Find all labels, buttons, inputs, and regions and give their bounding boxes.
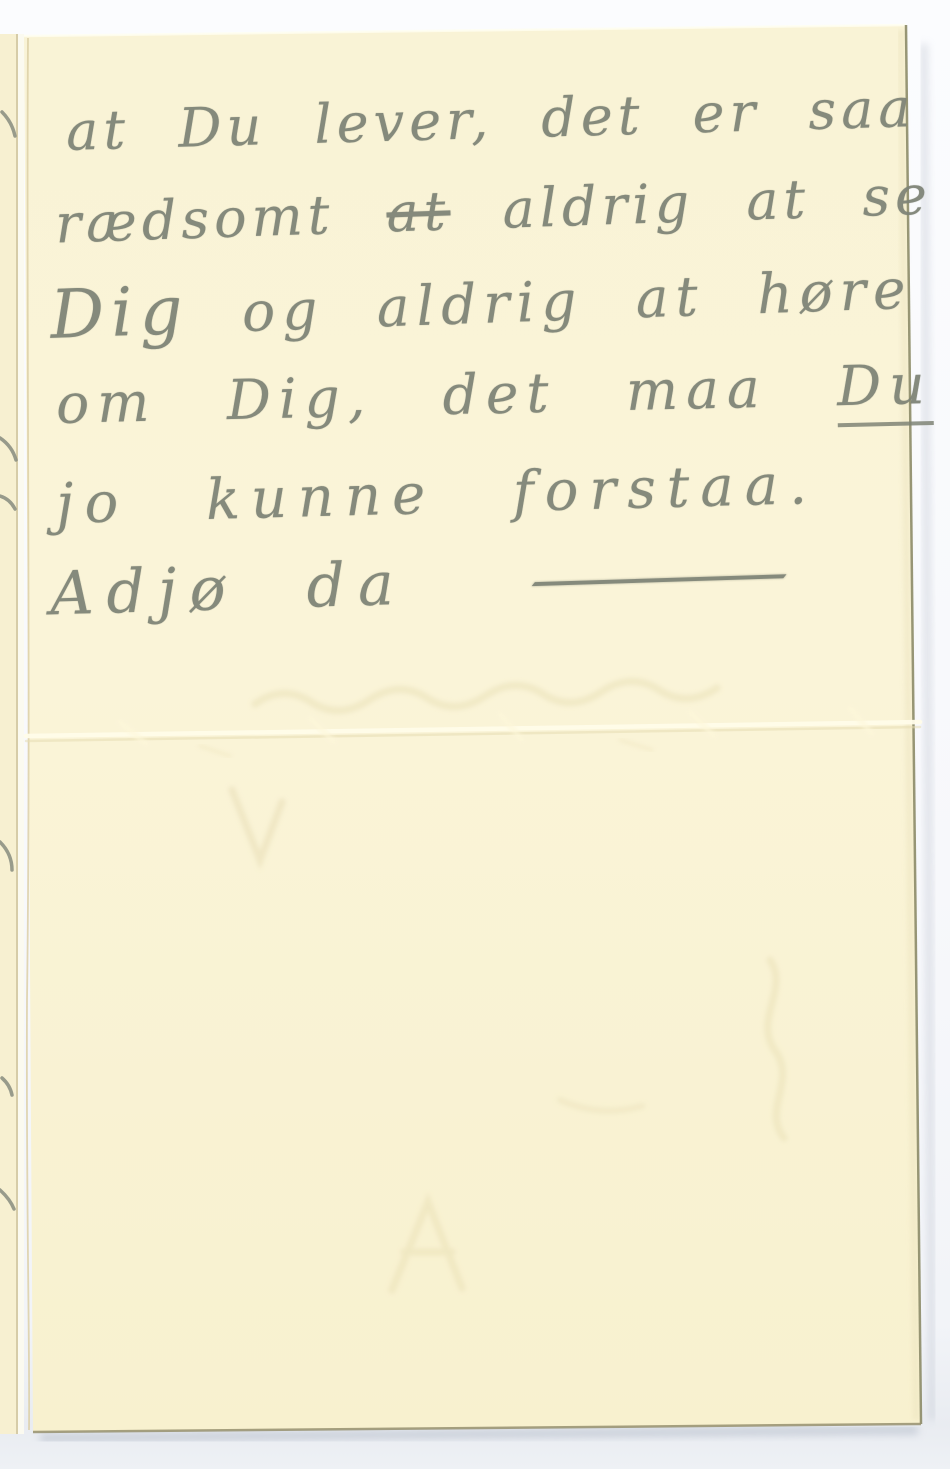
scanned-letter-page: at Du lever, det er saa rædsomt at aldri… [0,0,950,1469]
paper-scan-artwork [0,0,950,1469]
facing-page-edge [0,34,24,1434]
